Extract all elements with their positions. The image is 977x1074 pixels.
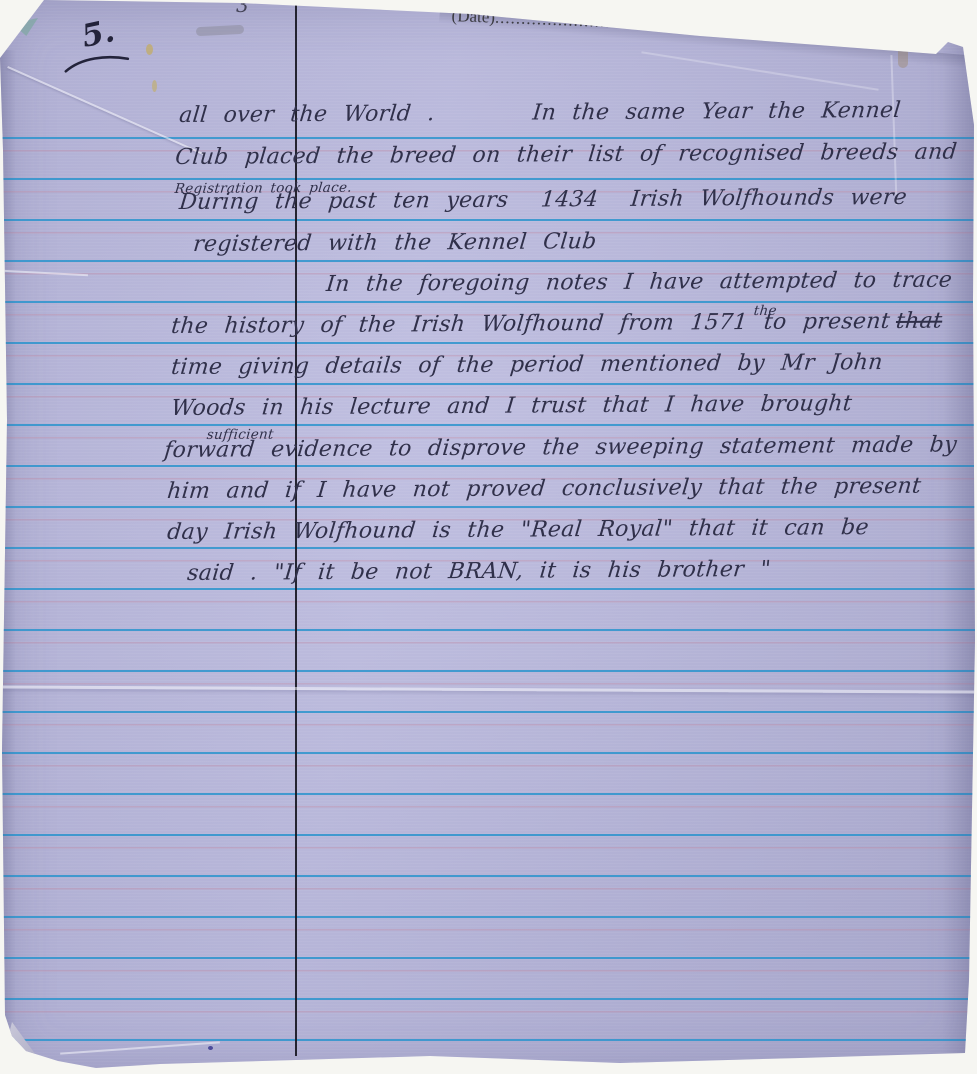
date-dotted-rule: ........................................… [495, 8, 800, 39]
line-text: the history of the Irish Wolfhound from … [170, 309, 891, 339]
brown-edge-stain [898, 26, 908, 68]
underline-flourish [61, 48, 133, 75]
yellow-speck-stain [146, 44, 153, 55]
inserted-word-above-line: the [753, 303, 778, 319]
year-prefix: 19 [799, 19, 817, 39]
ink-dot [208, 1046, 213, 1050]
grey-smudge-stain [196, 25, 244, 36]
bottom-crease [60, 1041, 220, 1054]
handwritten-line: said . "If it be not BRAN, it is his bro… [186, 557, 772, 586]
handwritten-line: registered with the Kennel Club [192, 229, 598, 257]
handwritten-line: time giving details of the period mentio… [170, 350, 884, 380]
handwritten-line: him and if I have not proved conclusivel… [166, 474, 922, 504]
top-right-wrinkle [641, 51, 878, 91]
date-label: (Date) [451, 6, 495, 27]
struck-out-word: that [895, 309, 944, 334]
handwritten-line: In the foregoing notes I have attempted … [325, 268, 953, 297]
handwritten-line: all over the World . In the same Year th… [178, 98, 902, 128]
handwritten-line: day Irish Wolfhound is the "Real Royal" … [166, 515, 870, 545]
corner-backing-glimpse [12, 18, 38, 36]
handwritten-line: Woods in his lecture and I trust that I … [170, 391, 853, 421]
notebook-page: (Date)..................................… [0, 0, 977, 1074]
year-dotted-rule: ...... [816, 20, 848, 40]
cut-off-edge-mark: 3 [236, 0, 249, 17]
yellow-speck-stain [152, 80, 157, 92]
handwritten-line: During the past ten years 1434 Irish Wol… [178, 185, 908, 215]
date-header: (Date)..................................… [451, 6, 848, 41]
page-number: 5. [79, 13, 118, 55]
